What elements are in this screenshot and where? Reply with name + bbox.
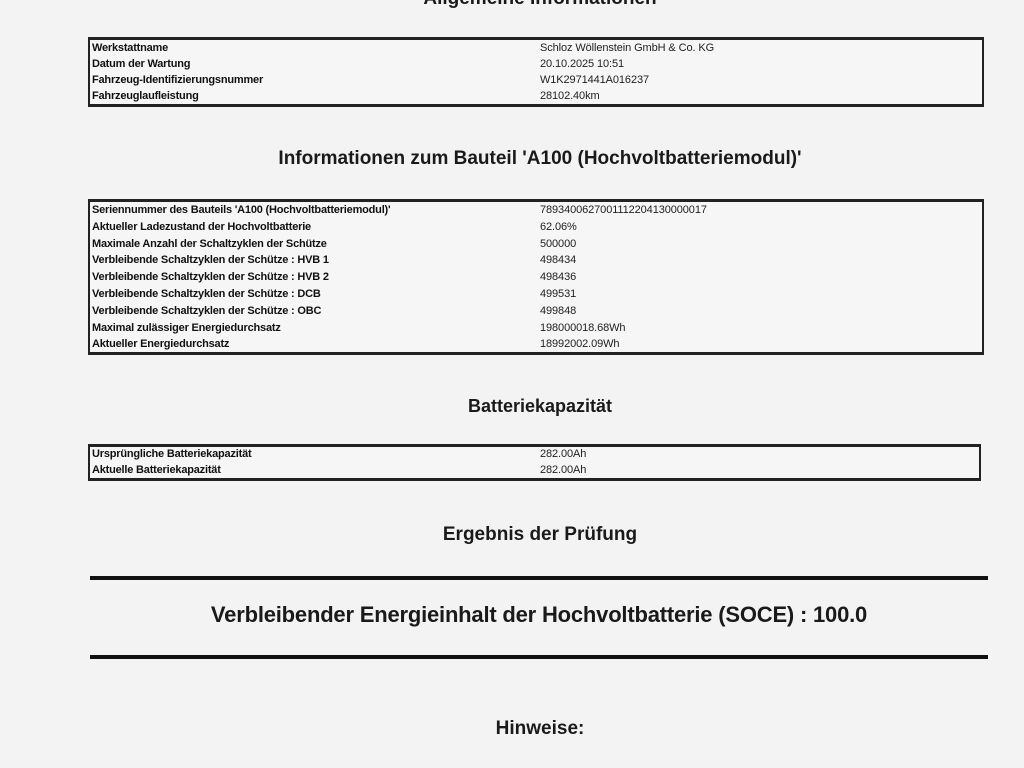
- row-value: 28102.40km: [540, 88, 982, 104]
- table-row: Aktueller Energiedurchsatz 18992002.09Wh: [90, 336, 982, 353]
- section-title-result: Ergebnis der Prüfung: [90, 524, 990, 546]
- divider: [90, 576, 988, 580]
- row-value: W1K2971441A016237: [540, 72, 982, 88]
- row-label: Verbleibende Schaltzyklen der Schütze : …: [90, 252, 540, 269]
- soce-result: Verbleibender Energieinhalt der Hochvolt…: [90, 602, 988, 628]
- section-title-notes: Hinweise:: [90, 718, 990, 740]
- row-value: 500000: [540, 236, 982, 253]
- table-row: Maximale Anzahl der Schaltzyklen der Sch…: [90, 236, 982, 253]
- row-value: 498434: [540, 252, 982, 269]
- row-label: Verbleibende Schaltzyklen der Schütze : …: [90, 303, 540, 320]
- section-title-component: Informationen zum Bauteil 'A100 (Hochvol…: [90, 148, 990, 170]
- capacity-table: Ursprüngliche Batteriekapazität 282.00Ah…: [88, 444, 981, 481]
- row-label: Verbleibende Schaltzyklen der Schütze : …: [90, 269, 540, 286]
- table-row: Seriennummer des Bauteils 'A100 (Hochvol…: [90, 202, 982, 219]
- row-label: Werkstattname: [90, 40, 540, 56]
- row-label: Seriennummer des Bauteils 'A100 (Hochvol…: [90, 202, 540, 219]
- row-value: 499848: [540, 303, 982, 320]
- table-row: Verbleibende Schaltzyklen der Schütze : …: [90, 252, 982, 269]
- table-row: Verbleibende Schaltzyklen der Schütze : …: [90, 269, 982, 286]
- component-info-table: Seriennummer des Bauteils 'A100 (Hochvol…: [88, 199, 984, 355]
- section-title-general: Allgemeine Informationen: [100, 0, 980, 10]
- table-row: Fahrzeuglaufleistung 28102.40km: [90, 88, 982, 104]
- row-value: 282.00Ah: [540, 463, 979, 479]
- table-row: Aktuelle Batteriekapazität 282.00Ah: [90, 463, 979, 479]
- section-title-capacity: Batteriekapazität: [90, 396, 990, 417]
- row-label: Aktueller Ladezustand der Hochvoltbatter…: [90, 219, 540, 236]
- row-value: 498436: [540, 269, 982, 286]
- table-row: Maximal zulässiger Energiedurchsatz 1980…: [90, 320, 982, 337]
- divider: [90, 655, 988, 659]
- row-label: Maximale Anzahl der Schaltzyklen der Sch…: [90, 236, 540, 253]
- table-row: Verbleibende Schaltzyklen der Schütze : …: [90, 286, 982, 303]
- row-label: Fahrzeuglaufleistung: [90, 88, 540, 104]
- row-label: Datum der Wartung: [90, 56, 540, 72]
- row-value: 198000018.68Wh: [540, 320, 982, 337]
- table-row: Werkstattname Schloz Wöllenstein GmbH & …: [90, 40, 982, 56]
- row-label: Fahrzeug-Identifizierungsnummer: [90, 72, 540, 88]
- table-row: Ursprüngliche Batteriekapazität 282.00Ah: [90, 447, 979, 463]
- row-value: 62.06%: [540, 219, 982, 236]
- general-info-table: Werkstattname Schloz Wöllenstein GmbH & …: [88, 37, 984, 107]
- row-value: Schloz Wöllenstein GmbH & Co. KG: [540, 40, 982, 56]
- row-value: 282.00Ah: [540, 447, 979, 463]
- row-label: Maximal zulässiger Energiedurchsatz: [90, 320, 540, 337]
- table-row: Fahrzeug-Identifizierungsnummer W1K29714…: [90, 72, 982, 88]
- row-label: Verbleibende Schaltzyklen der Schütze : …: [90, 286, 540, 303]
- row-label: Aktueller Energiedurchsatz: [90, 336, 540, 353]
- table-row: Aktueller Ladezustand der Hochvoltbatter…: [90, 219, 982, 236]
- row-value: 18992002.09Wh: [540, 336, 982, 353]
- row-value: 20.10.2025 10:51: [540, 56, 982, 72]
- row-value: 499531: [540, 286, 982, 303]
- row-label: Ursprüngliche Batteriekapazität: [90, 447, 540, 463]
- table-row: Verbleibende Schaltzyklen der Schütze : …: [90, 303, 982, 320]
- row-label: Aktuelle Batteriekapazität: [90, 463, 540, 479]
- table-row: Datum der Wartung 20.10.2025 10:51: [90, 56, 982, 72]
- row-value: 7893400627001112204130000017: [540, 202, 982, 219]
